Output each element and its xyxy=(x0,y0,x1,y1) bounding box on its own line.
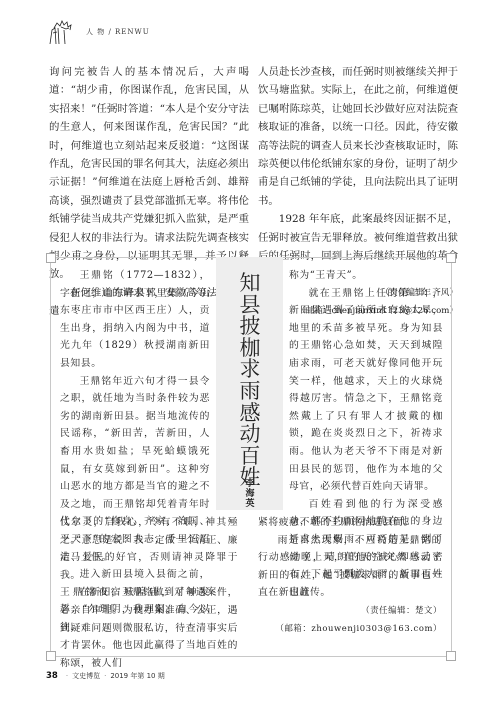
paragraph: 在新田，王鼎铭做到了每遇案件，必亲自审理。为使办案准确、公正，遇到疑难问题则微服… xyxy=(60,584,238,672)
frame-corner-ornament xyxy=(46,651,56,661)
issue-label: 2019 年第 10 期 xyxy=(110,671,164,681)
section-label: 人 物 / RENWU xyxy=(86,27,150,37)
title-char: 感 xyxy=(236,403,264,425)
paragraph: 询问完被告人的基本情况后，大声喝道：“胡少甫，你图谋作乱，危害民国，从实招来！”… xyxy=(49,63,249,284)
author-char: 海 xyxy=(243,489,257,499)
page-footer: 38 · 文史博览 · 2019 年第 10 期 xyxy=(46,671,165,681)
title-char: 雨 xyxy=(236,381,264,403)
article-right-column-lower: 紧将疲惫不堪的王鼎铭抬进县衙。 雨是自然现象，不应说是王鼎铭的行动感动了上天，但… xyxy=(258,514,442,637)
frame-corner-ornament xyxy=(446,651,456,661)
title-char: 披 xyxy=(236,316,264,338)
editor-email: （邮箱：zhouwenji0303@163.com） xyxy=(258,620,442,638)
paragraph: 称为“王青天”。 xyxy=(289,267,443,285)
frame-corner-ornament xyxy=(446,253,456,263)
article-author: 李 海 英 xyxy=(243,479,257,509)
separator-dot: · xyxy=(104,672,106,680)
paragraph: 就在王鼎铭上任的第二年，新田县遇到了前所未有的大旱，地里的禾苗多被旱死。身为知县… xyxy=(289,285,443,496)
author-char: 李 xyxy=(243,479,257,489)
paragraph: 紧将疲惫不堪的王鼎铭抬进县衙。 xyxy=(258,514,442,532)
magazine-name: 文史博览 xyxy=(72,671,100,681)
frame-corner-ornament xyxy=(46,253,56,263)
separator-dot: · xyxy=(66,672,68,680)
paragraph: 人员赴长沙查核，而任弼时则被继续关押于饮马塘监狱。实际上，在此之前，何维道便已嘱… xyxy=(258,63,458,210)
editor-credit: （责任编辑：楚文） xyxy=(258,602,442,620)
article-title: 知 县 披 枷 求 雨 感 动 百 姓 xyxy=(236,273,264,489)
title-char: 百 xyxy=(236,446,264,468)
title-char: 县 xyxy=(236,295,264,317)
paragraph: 仗尔灵，启我心，令有不职，神其殛之。”意思是说：我一定做一个清正、廉洁、爱民的好… xyxy=(60,514,238,584)
article-left-column-lower: 仗尔灵，启我心，令有不职，神其殛之。”意思是说：我一定做一个清正、廉洁、爱民的好… xyxy=(60,514,238,672)
page-number: 38 xyxy=(46,671,58,681)
paragraph: 王鼎铭（1772—1832），字新之，山东峄县郭里集（今山东枣庄市市中区西王庄）… xyxy=(60,267,210,373)
title-char: 求 xyxy=(236,359,264,381)
paragraph: 雨是自然现象，不应说是王鼎铭的行动感动了上天，但他的诚心却感动了新田的百姓，他“… xyxy=(258,532,442,602)
figures-sketch-icon xyxy=(46,18,76,46)
title-char: 知 xyxy=(236,273,264,295)
page-header: 人 物 / RENWU xyxy=(46,18,150,46)
article-title-panel: 知 县 披 枷 求 雨 感 动 百 姓 李 海 英 xyxy=(216,257,283,510)
title-char: 动 xyxy=(236,424,264,446)
author-char: 英 xyxy=(243,499,257,509)
title-char: 枷 xyxy=(236,338,264,360)
